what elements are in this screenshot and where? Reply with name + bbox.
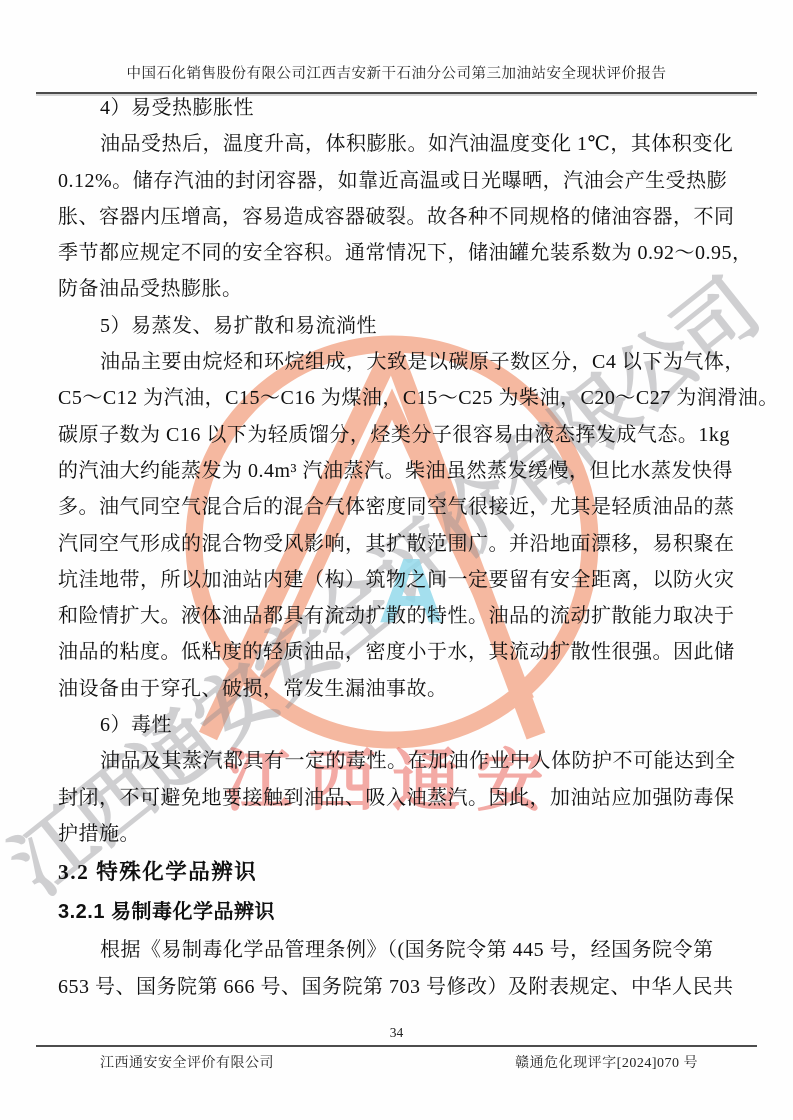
footer-document-number: 赣通危化现评字[2024]070 号	[515, 1052, 698, 1072]
text-line: 季节都应规定不同的安全容积。通常情况下，储油罐允装系数为 0.92～0.95，	[58, 235, 748, 271]
text-line: 0.12%。储存汽油的封闭容器，如靠近高温或日光曝晒，汽油会产生受热膨	[58, 163, 748, 199]
text-line: 胀、容器内压增高，容易造成容器破裂。故各种不同规格的储油容器，不同	[58, 199, 748, 235]
report-page: 江西通安安全评价有限公司 A 江西通安 中国石化销售股份有限公司江西吉安新干石油…	[0, 0, 793, 1120]
text-line: 和险情扩大。液体油品都具有流动扩散的特性。油品的流动扩散能力取决于	[58, 598, 748, 634]
text-line: 4）易受热膨胀性	[58, 90, 748, 126]
text-line: 油品受热后，温度升高，体积膨胀。如汽油温度变化 1℃，其体积变化	[58, 126, 748, 162]
page-number: 34	[0, 1025, 793, 1041]
section-heading: 3.2 特殊化学品辨识	[58, 852, 748, 892]
text-line: 护措施。	[58, 816, 748, 852]
text-line: 油品及其蒸汽都具有一定的毒性。在加油作业中人体防护不可能达到全	[58, 743, 748, 779]
text-line: 多。油气同空气混合后的混合气体密度同空气很接近，尤其是轻质油品的蒸	[58, 489, 748, 525]
document-body: 4）易受热膨胀性油品受热后，温度升高，体积膨胀。如汽油温度变化 1℃，其体积变化…	[58, 90, 748, 1005]
text-line: 油品主要由烷烃和环烷组成，大致是以碳原子数区分，C4 以下为气体，	[58, 344, 748, 380]
text-line: 根据《易制毒化学品管理条例》（(国务院令第 445 号，经国务院令第	[58, 932, 748, 968]
text-line: 653 号、国务院第 666 号、国务院第 703 号修改）及附表规定、中华人民…	[58, 969, 748, 1005]
section-heading: 3.2.1 易制毒化学品辨识	[58, 892, 748, 932]
text-line: 5）易蒸发、易扩散和易流淌性	[58, 308, 748, 344]
text-line: 的汽油大约能蒸发为 0.4m³ 汽油蒸汽。柴油虽然蒸发缓慢，但比水蒸发快得	[58, 453, 748, 489]
text-line: 封闭，不可避免地要接触到油品、吸入油蒸汽。因此，加油站应加强防毒保	[58, 780, 748, 816]
text-line: 6）毒性	[58, 707, 748, 743]
footer-company-name: 江西通安安全评价有限公司	[100, 1052, 274, 1072]
text-line: 坑洼地带，所以加油站内建（构）筑物之间一定要留有安全距离，以防火灾	[58, 562, 748, 598]
text-line: 油设备由于穿孔、破损，常发生漏油事故。	[58, 671, 748, 707]
text-line: C5～C12 为汽油，C15～C16 为煤油，C15～C25 为柴油，C20～C…	[58, 380, 748, 416]
text-line: 油品的粘度。低粘度的轻质油品，密度小于水，其流动扩散性很强。因此储	[58, 634, 748, 670]
header-title: 中国石化销售股份有限公司江西吉安新干石油分公司第三加油站安全现状评价报告	[0, 62, 793, 83]
text-line: 汽同空气形成的混合物受风影响，其扩散范围广。并沿地面漂移，易积聚在	[58, 526, 748, 562]
text-line: 防备油品受热膨胀。	[58, 271, 748, 307]
text-line: 碳原子数为 C16 以下为轻质馏分，烃类分子很容易由液态挥发成气态。1kg	[58, 417, 748, 453]
footer-rule	[36, 1045, 757, 1047]
